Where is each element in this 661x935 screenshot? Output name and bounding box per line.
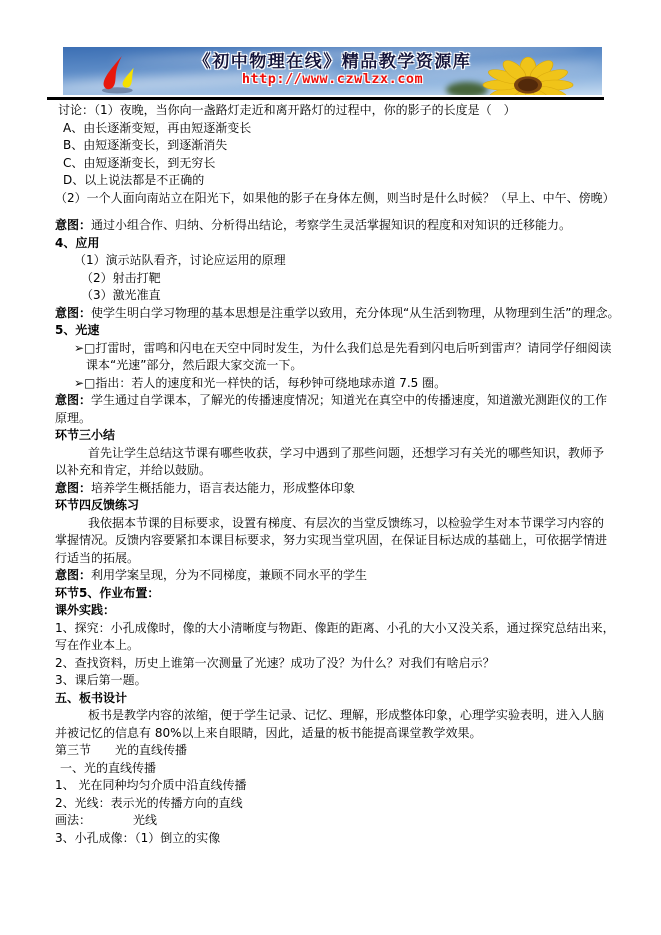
physics-logo-icon (96, 56, 144, 94)
sunflower-icon (478, 47, 578, 95)
doc-line: B、由短逐渐变长，到逐渐消失 (55, 137, 615, 155)
doc-line: 首先让学生总结这节课有哪些收获，学习中遇到了那些问题，还想学习有关光的哪些知识，… (55, 445, 615, 463)
doc-line: 4、应用 (55, 235, 615, 253)
doc-line (55, 207, 615, 217)
doc-line: 行适当的拓展。 (55, 550, 615, 568)
doc-line: ➢□指出：若人的速度和光一样快的话，每秒钟可绕地球赤道 7.5 圈。 (55, 375, 615, 393)
doc-line: 一、光的直线传播 (55, 760, 615, 778)
doc-line: 2、查找资料，历史上谁第一次测量了光速？成功了没？为什么？对我们有啥启示？ (55, 655, 615, 673)
doc-line: 环节三小结 (55, 427, 615, 445)
doc-line: 意图：使学生明白学习物理的基本思想是注重学以致用，充分体现“从生活到物理，从物理… (55, 305, 615, 323)
doc-line: 并被记忆的信息有 80%以上来自眼睛，因此，适量的板书能提高课堂教学效果。 (55, 725, 615, 743)
doc-line: 5、光速 (55, 322, 615, 340)
doc-line: 环节四反馈练习 (55, 497, 615, 515)
doc-line-label: 意图： (55, 393, 91, 407)
doc-line: 3、课后第一题。 (55, 672, 615, 690)
doc-line: 3、小孔成像：（1）倒立的实像 (55, 830, 615, 848)
doc-line: 写在作业本上。 (55, 637, 615, 655)
doc-line: 环节5、作业布置： (55, 585, 615, 603)
doc-line: 讨论：（1）夜晚，当你向一盏路灯走近和离开路灯的过程中，你的影子的长度是（ ） (55, 102, 615, 120)
doc-line: 课外实践： (55, 602, 615, 620)
doc-line: 1、 光在同种均匀介质中沿直线传播 (55, 777, 615, 795)
doc-line-label: 意图： (55, 568, 91, 582)
doc-line: A、由长逐渐变短，再由短逐渐变长 (55, 120, 615, 138)
doc-line: 意图：通过小组合作、归纳、分析得出结论，考察学生灵活掌握知识的程度和对知识的迁移… (55, 217, 615, 235)
doc-line: D、以上说法都是不正确的 (55, 172, 615, 190)
doc-line: 五、板书设计 (55, 690, 615, 708)
doc-line: 课本“光速”部分，然后跟大家交流一下。 (55, 357, 615, 375)
doc-line: （3）激光准直 (55, 287, 615, 305)
doc-line: （2）一个人面向南站立在阳光下，如果他的影子在身体左侧，则当时是什么时候？（早上… (55, 190, 615, 208)
doc-line-label: 意图： (55, 218, 91, 232)
doc-line: 以补充和肯定，并给以鼓励。 (55, 462, 615, 480)
doc-line: 第三节 光的直线传播 (55, 742, 615, 760)
doc-line: 板书是教学内容的浓缩，便于学生记录、记忆、理解，形成整体印象，心理学实验表明，进… (55, 707, 615, 725)
doc-line: 我依据本节课的目标要求，设置有梯度、有层次的当堂反馈练习，以检验学生对本节课学习… (55, 515, 615, 533)
document-body: 讨论：（1）夜晚，当你向一盏路灯走近和离开路灯的过程中，你的影子的长度是（ ）A… (55, 102, 615, 847)
doc-line: 画法： 光线 (55, 812, 615, 830)
doc-line-label: 意图： (55, 306, 91, 320)
doc-line: 2、光线：表示光的传播方向的直线 (55, 795, 615, 813)
doc-line: ➢□打雷时，雷鸣和闪电在天空中同时发生，为什么我们总是先看到闪电后听到雷声？请同… (55, 340, 615, 358)
doc-line: （1）演示站队看齐，讨论应运用的原理 (55, 252, 615, 270)
doc-line: 1、探究：小孔成像时，像的大小清晰度与物距、像距的距离、小孔的大小又没关系，通过… (55, 620, 615, 638)
doc-line: 原理。 (55, 410, 615, 428)
header-banner: 《初中物理在线》精品教学资源库 http://www.czwlzx.com (63, 47, 602, 95)
header-divider (47, 97, 604, 100)
doc-line: C、由短逐渐变长，到无穷长 (55, 155, 615, 173)
document-page: 《初中物理在线》精品教学资源库 http://www.czwlzx.com (0, 0, 661, 935)
doc-line: 掌握情况。反馈内容要紧扣本课目标要求，努力实现当堂巩固，在保证目标达成的基础上，… (55, 532, 615, 550)
doc-line: 意图：学生通过自学课本，了解光的传播速度情况；知道光在真空中的传播速度，知道激光… (55, 392, 615, 410)
doc-line-label: 意图： (55, 481, 91, 495)
doc-line: 意图：培养学生概括能力，语言表达能力，形成整体印象 (55, 480, 615, 498)
doc-line: （2）射击打靶 (55, 270, 615, 288)
doc-line: 意图：利用学案呈现，分为不同梯度，兼顾不同水平的学生 (55, 567, 615, 585)
